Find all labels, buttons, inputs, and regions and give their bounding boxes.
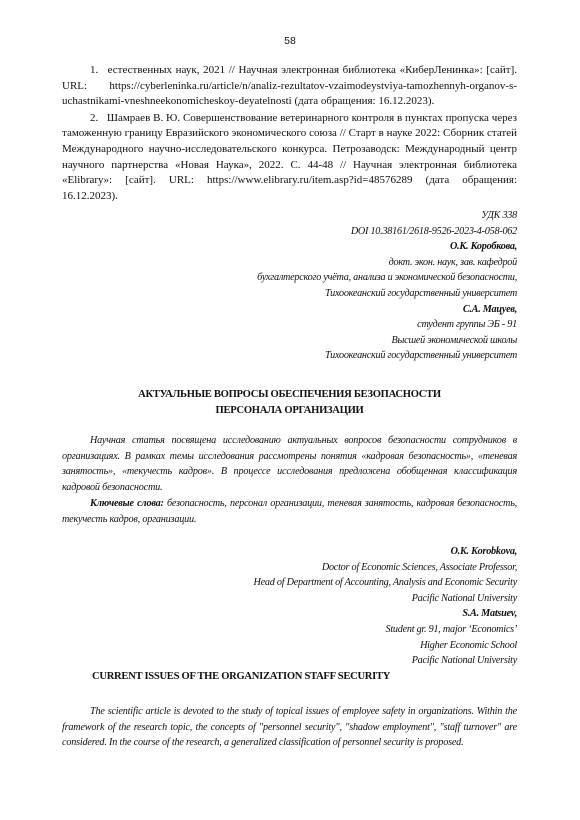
udk-code: УДК 338 — [62, 208, 517, 224]
author-affiliation: Pacific National University — [62, 653, 517, 669]
article-header-ru: УДК 338 DOI 10.38161/2618-9526-2023-4-05… — [62, 208, 517, 364]
title-line: АКТУАЛЬНЫЕ ВОПРОСЫ ОБЕСПЕЧЕНИЯ БЕЗОПАСНО… — [62, 387, 517, 403]
keywords: Ключевые слова: безопасность, персонал о… — [62, 496, 517, 527]
author-affiliation: бухгалтерского учёта, анализа и экономич… — [62, 270, 517, 286]
abstract-text: The scientific article is devoted to the… — [62, 704, 517, 751]
author-affiliation: Высшей экономической школы — [62, 333, 517, 349]
keywords-label: Ключевые слова: — [90, 498, 164, 509]
article-title-en: CURRENT ISSUES OF THE ORGANIZATION STAFF… — [62, 669, 517, 685]
author-affiliation: Doctor of Economic Sciences, Associate P… — [62, 560, 517, 576]
author-affiliation: Тихоокеанский государственный университе… — [62, 348, 517, 364]
abstract-text: Научная статья посвящена исследованию ак… — [62, 433, 517, 495]
title-line: ПЕРСОНАЛА ОРГАНИЗАЦИИ — [62, 403, 517, 419]
author-name: С.А. Мацуев, — [62, 302, 517, 318]
author-name: S.A. Matsuev, — [62, 606, 517, 622]
author-affiliation: студент группы ЭБ - 91 — [62, 317, 517, 333]
reference-item: 1. естественных наук, 2021 // Научная эл… — [62, 63, 517, 110]
article-header-en: O.K. Korobkova, Doctor of Economic Scien… — [62, 544, 517, 684]
author-affiliation: докт. экон. наук, зав. кафедрой — [62, 255, 517, 271]
article-title-ru: АКТУАЛЬНЫЕ ВОПРОСЫ ОБЕСПЕЧЕНИЯ БЕЗОПАСНО… — [62, 387, 517, 419]
abstract-ru: Научная статья посвящена исследованию ак… — [62, 433, 517, 528]
author-name: O.K. Korobkova, — [62, 544, 517, 560]
reference-item: 2. Шамраев В. Ю. Совершенствование ветер… — [62, 111, 517, 205]
reference-text: Шамраев В. Ю. Совершенствование ветерина… — [62, 112, 517, 202]
page-number: 58 — [0, 35, 580, 47]
reference-text: естественных наук, 2021 // Научная элект… — [62, 64, 517, 107]
abstract-en: The scientific article is devoted to the… — [62, 704, 517, 751]
reference-number: 2. — [90, 111, 104, 127]
author-name: О.К. Коробкова, — [62, 239, 517, 255]
author-affiliation: Head of Department of Accounting, Analys… — [62, 575, 517, 591]
doi: DOI 10.38161/2618-9526-2023-4-058-062 — [62, 224, 517, 240]
reference-list: 1. естественных наук, 2021 // Научная эл… — [62, 63, 517, 204]
author-affiliation: Тихоокеанский государственный университе… — [62, 286, 517, 302]
reference-number: 1. — [90, 63, 104, 79]
author-affiliation: Higher Economic School — [62, 638, 517, 654]
author-affiliation: Student gr. 91, major ‘Economics’ — [62, 622, 517, 638]
author-affiliation: Pacific National University — [62, 591, 517, 607]
